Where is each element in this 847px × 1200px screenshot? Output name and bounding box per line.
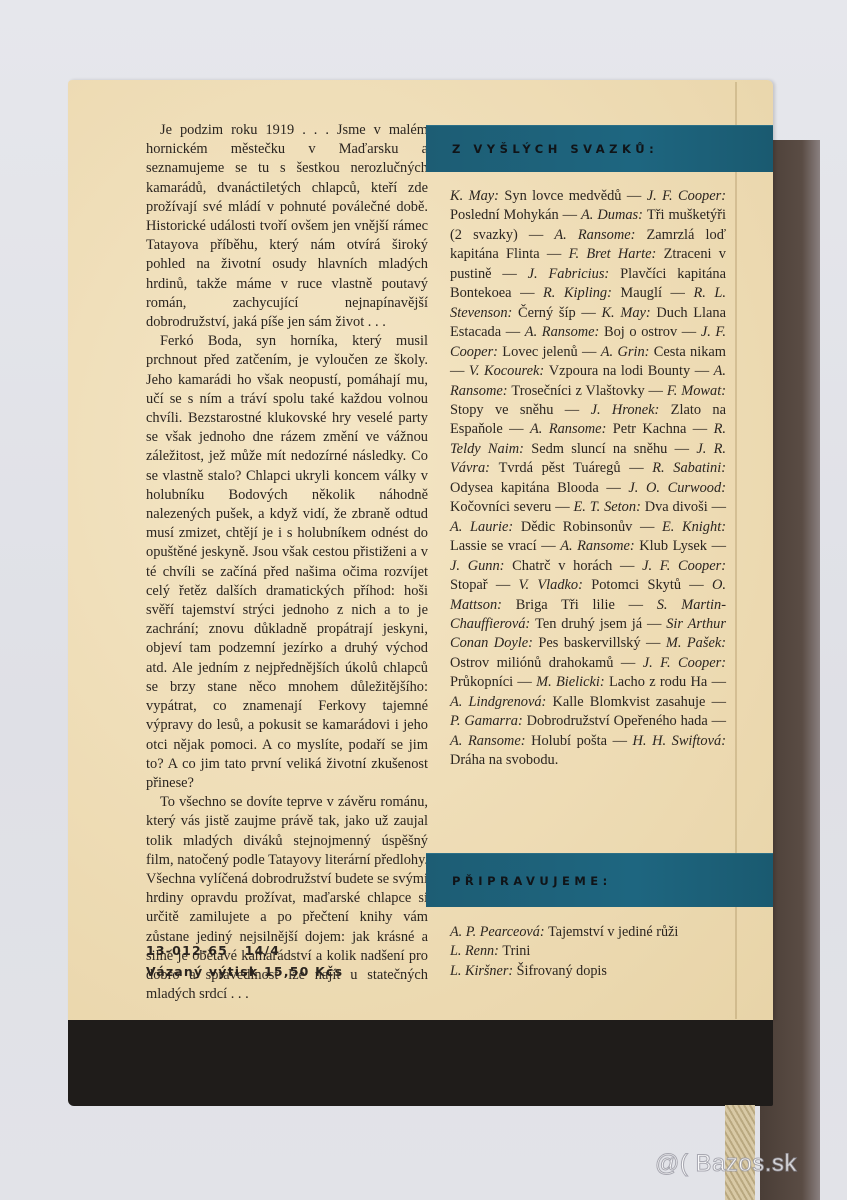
book-title: Šifrovaný dopis xyxy=(517,963,607,979)
book-author: A. Lindgrenová: xyxy=(450,694,552,710)
book-author: E. Knight: xyxy=(662,519,726,535)
book-title: Kočovníci severu xyxy=(450,499,551,515)
book-title: Kalle Blomkvist zasahuje xyxy=(552,694,705,710)
book-title: Sedm sluncí na sněhu xyxy=(531,441,667,457)
book-title: Lacho z rodu Ha xyxy=(609,674,707,690)
book-title: Průkopníci xyxy=(450,674,513,690)
book-author: A. P. Pearceová: xyxy=(450,924,548,940)
book-title: Ten druhý jsem já xyxy=(535,616,642,632)
book-title: Briga Tři lilie xyxy=(516,597,615,613)
book-author: A. Ransome: xyxy=(450,733,531,749)
book-author: K. May: xyxy=(450,188,504,204)
book-author: A. Grin: xyxy=(601,344,654,360)
book-author: J. Gunn: xyxy=(450,558,512,574)
publication-info: 13-012-65 14/4 Vázaný výtisk 15,50 Kčs xyxy=(146,940,428,982)
price: Vázaný výtisk 15,50 Kčs xyxy=(146,961,428,982)
upcoming-item: A. P. Pearceová: Tajemství v jediné růži xyxy=(450,923,726,942)
book-author: A. Dumas: xyxy=(581,207,647,223)
upcoming-band: PŘIPRAVUJEME: xyxy=(426,853,773,907)
book-author: R. Kipling: xyxy=(543,285,620,301)
book-title: Holubí pošta xyxy=(531,733,607,749)
upcoming-item: L. Kiršner: Šifrovaný dopis xyxy=(450,962,726,981)
upcoming-list: A. P. Pearceová: Tajemství v jediné růži… xyxy=(450,923,726,981)
book-title: Dobrodružství Opeřeného hada xyxy=(527,713,708,729)
book-author: J. F. Cooper: xyxy=(647,188,726,204)
book-title: Pes baskervillský xyxy=(538,635,640,651)
book-author: E. T. Seton: xyxy=(573,499,644,515)
book-author: P. Gamarra: xyxy=(450,713,527,729)
book-title: Cesta nikam xyxy=(654,344,726,360)
book-author: J. Hronek: xyxy=(591,402,671,418)
book-author: A. Laurie: xyxy=(450,519,521,535)
catalog-code: 13-012-65 14/4 xyxy=(146,940,428,961)
book-title: Vzpoura na lodi Bounty xyxy=(549,363,690,379)
book-title: Dráha na svobodu. xyxy=(450,752,558,768)
book-title: Dva divoši xyxy=(645,499,708,515)
book-author: V. Vladko: xyxy=(519,577,592,593)
book-author: L. Kiršner: xyxy=(450,963,517,979)
book-title: Dědic Robinsonův xyxy=(521,519,633,535)
book-author: F. Bret Harte: xyxy=(569,246,664,262)
bottom-cloth-band xyxy=(68,1020,773,1106)
book-author: A. Ransome: xyxy=(560,538,639,554)
book-title: Trini xyxy=(502,943,530,959)
book-title: Tvrdá pěst Tuáregů xyxy=(499,460,621,476)
book-author: F. Mowat: xyxy=(667,383,726,399)
book-author: A. Ransome: xyxy=(530,421,613,437)
book-author: J. Fabricius: xyxy=(528,266,620,282)
book-title: Syn lovce medvědů xyxy=(504,188,621,204)
book-title: Boj o ostrov xyxy=(604,324,677,340)
blurb-text: Je podzim roku 1919 . . . Jsme v malém h… xyxy=(146,121,428,1004)
book-author: J. F. Cooper: xyxy=(643,655,726,671)
book-title: Lassie se vrací xyxy=(450,538,537,554)
upcoming-item: L. Renn: Trini xyxy=(450,942,726,961)
book-author: M. Pašek: xyxy=(666,635,726,651)
book-title: Mauglí xyxy=(620,285,662,301)
book-title: Lovec jelenů xyxy=(502,344,577,360)
book-title: Klub Lysek xyxy=(639,538,707,554)
book-title: Ostrov miliónů drahokamů xyxy=(450,655,614,671)
published-list: K. May: Syn lovce medvědů — J. F. Cooper… xyxy=(450,187,726,771)
book-author: K. May: xyxy=(601,305,656,321)
book-title: Černý šíp xyxy=(518,305,576,321)
book-author: A. Ransome: xyxy=(554,227,646,243)
book-author: L. Renn: xyxy=(450,943,502,959)
book-title: Odysea kapitána Blooda xyxy=(450,480,599,496)
book-title: Stopy ve sněhu xyxy=(450,402,553,418)
book-author: R. Sabatini: xyxy=(652,460,726,476)
book-title: Chatrč v horách xyxy=(512,558,612,574)
published-heading: Z VYŠLÝCH SVAZKŮ: xyxy=(452,142,658,156)
book-author: V. Kocourek: xyxy=(469,363,549,379)
book-title: Trosečníci z Vlaštovky xyxy=(511,383,644,399)
book-author: J. F. Cooper: xyxy=(642,558,726,574)
book-title: Poslední Mohykán xyxy=(450,207,559,223)
book-author: J. O. Curwood: xyxy=(628,480,726,496)
book-title: Petr Kachna xyxy=(613,421,687,437)
book-title: Stopař xyxy=(450,577,488,593)
book-author: A. Ransome: xyxy=(525,324,604,340)
book-author: H. H. Swiftová: xyxy=(633,733,726,749)
watermark: @( Bazos.sk xyxy=(655,1150,797,1178)
book-author: M. Bielicki: xyxy=(536,674,609,690)
published-band: Z VYŠLÝCH SVAZKŮ: xyxy=(426,125,773,172)
blurb-paragraph: Je podzim roku 1919 . . . Jsme v malém h… xyxy=(146,121,428,332)
blurb-paragraph: Ferkó Boda, syn horníka, který musil prc… xyxy=(146,332,428,793)
upcoming-heading: PŘIPRAVUJEME: xyxy=(452,874,612,888)
book-title: Potomci Skytů xyxy=(591,577,681,593)
book-title: Tajemství v jediné růži xyxy=(548,924,678,940)
